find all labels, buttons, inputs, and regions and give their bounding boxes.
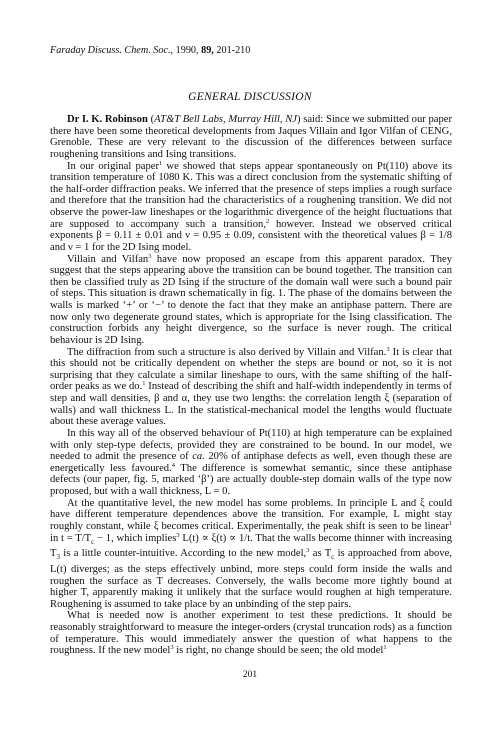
paragraph-6: At the quantitative level, the new model…	[50, 498, 452, 611]
reference-marker[interactable]: 1	[449, 520, 452, 527]
article-body: Dr I. K. Robinson (AT&T Bell Labs, Murra…	[50, 114, 452, 657]
paragraph-5: In this way all of the observed behaviou…	[50, 428, 452, 498]
journal-year: 1990,	[176, 45, 199, 56]
paragraph-7: What is needed now is another experiment…	[50, 610, 452, 657]
reference-marker[interactable]: 1	[383, 644, 386, 651]
journal-citation: Faraday Discuss. Chem. Soc., 1990, 89, 2…	[50, 45, 250, 56]
page-number: 201	[0, 670, 500, 680]
journal-volume: 89,	[201, 45, 214, 56]
journal-name: Faraday Discuss. Chem. Soc.	[50, 45, 171, 56]
paragraph-2: In our original paper1 we showed that st…	[50, 161, 452, 254]
paragraph-1: Dr I. K. Robinson (AT&T Bell Labs, Murra…	[50, 114, 452, 161]
paragraph-4: The diffraction from such a structure is…	[50, 347, 452, 428]
section-title: GENERAL DISCUSSION	[0, 91, 500, 103]
speaker-name: Dr I. K. Robinson	[67, 114, 148, 125]
speaker-affiliation: AT&T Bell Labs, Murray Hill, NJ	[154, 114, 297, 125]
journal-pages: 201-210	[216, 45, 250, 56]
paragraph-3: Villain and Vilfan3 have now proposed an…	[50, 254, 452, 347]
